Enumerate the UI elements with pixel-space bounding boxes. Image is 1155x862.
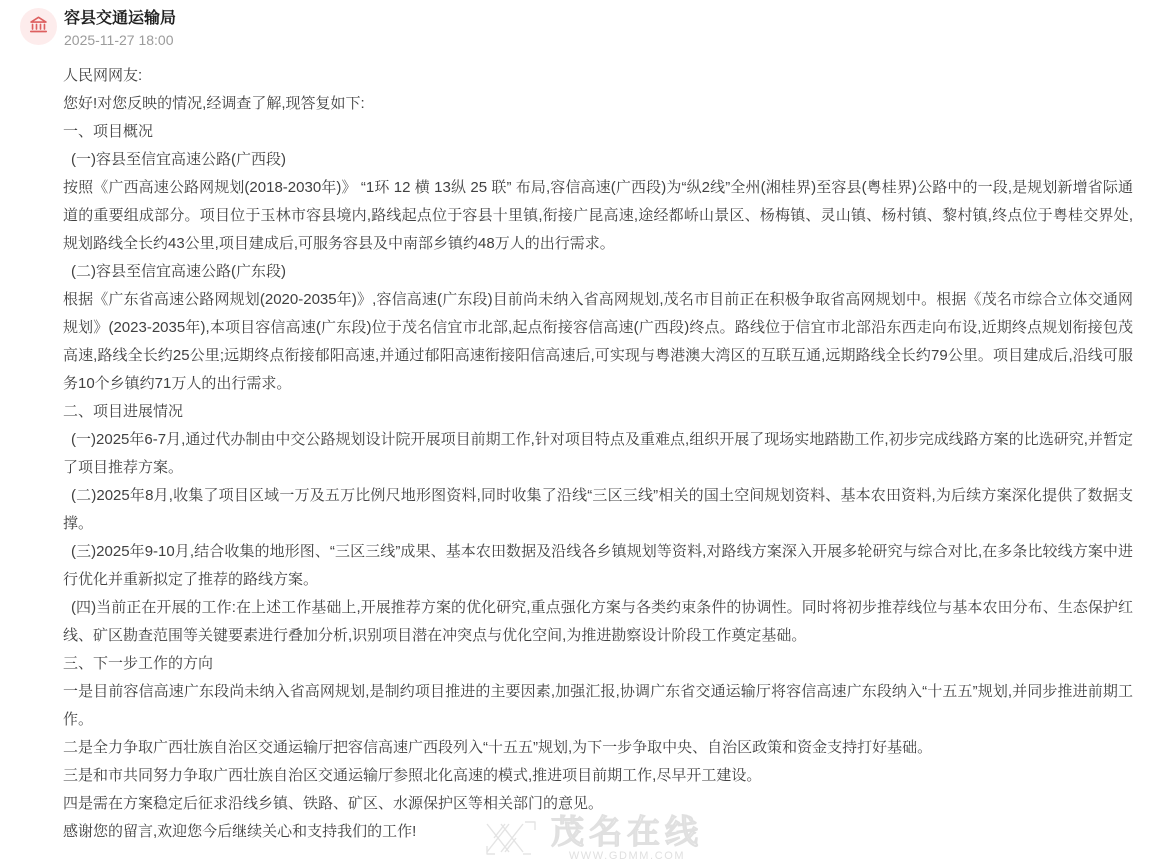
body-paragraph: 三是和市共同努力争取广西壮族自治区交通运输厅参照北化高速的模式,推进项目前期工作… [63,762,1133,790]
body-paragraph: 二、项目进展情况 [63,398,1133,426]
watermark-site-url: WWW.GDMM.COM [569,849,685,862]
body-paragraph: 感谢您的留言,欢迎您今后继续关心和支持我们的工作! [63,818,1133,846]
body-paragraph: (一)容县至信宜高速公路(广西段) [63,146,1133,174]
body-paragraph: (二)2025年8月,收集了项目区域一万及五万比例尺地形图资料,同时收集了沿线“… [63,482,1133,538]
body-paragraph: (四)当前正在开展的工作:在上述工作基础上,开展推荐方案的优化研究,重点强化方案… [63,594,1133,650]
body-paragraph: 您好!对您反映的情况,经调查了解,现答复如下: [63,90,1133,118]
body-paragraph: 按照《广西高速公路网规划(2018-2030年)》 “1环 12 横 13纵 2… [63,174,1133,258]
agency-name: 容县交通运输局 [64,9,176,29]
body-paragraph: 人民网网友: [63,62,1133,90]
body-paragraph: (三)2025年9-10月,结合收集的地形图、“三区三线”成果、基本农田数据及沿… [63,538,1133,594]
body-paragraph: 三、下一步工作的方向 [63,650,1133,678]
avatar[interactable] [20,8,57,45]
post-header: 容县交通运输局 2025-11-27 18:00 [20,8,176,50]
header-meta: 容县交通运输局 2025-11-27 18:00 [64,8,176,50]
government-building-icon [28,14,49,40]
reply-body: 人民网网友:您好!对您反映的情况,经调查了解,现答复如下:一、项目概况(一)容县… [63,62,1133,846]
body-paragraph: 一是目前容信高速广东段尚未纳入省高网规划,是制约项目推进的主要因素,加强汇报,协… [63,678,1133,734]
post-timestamp: 2025-11-27 18:00 [64,30,176,50]
body-paragraph: 四是需在方案稳定后征求沿线乡镇、铁路、矿区、水源保护区等相关部门的意见。 [63,790,1133,818]
body-paragraph: 二是全力争取广西壮族自治区交通运输厅把容信高速广西段列入“十五五”规划,为下一步… [63,734,1133,762]
body-paragraph: 一、项目概况 [63,118,1133,146]
body-paragraph: (二)容县至信宜高速公路(广东段) [63,258,1133,286]
body-paragraph: 根据《广东省高速公路网规划(2020-2035年)》,容信高速(广东段)目前尚未… [63,286,1133,398]
body-paragraph: (一)2025年6-7月,通过代办制由中交公路规划设计院开展项目前期工作,针对项… [63,426,1133,482]
